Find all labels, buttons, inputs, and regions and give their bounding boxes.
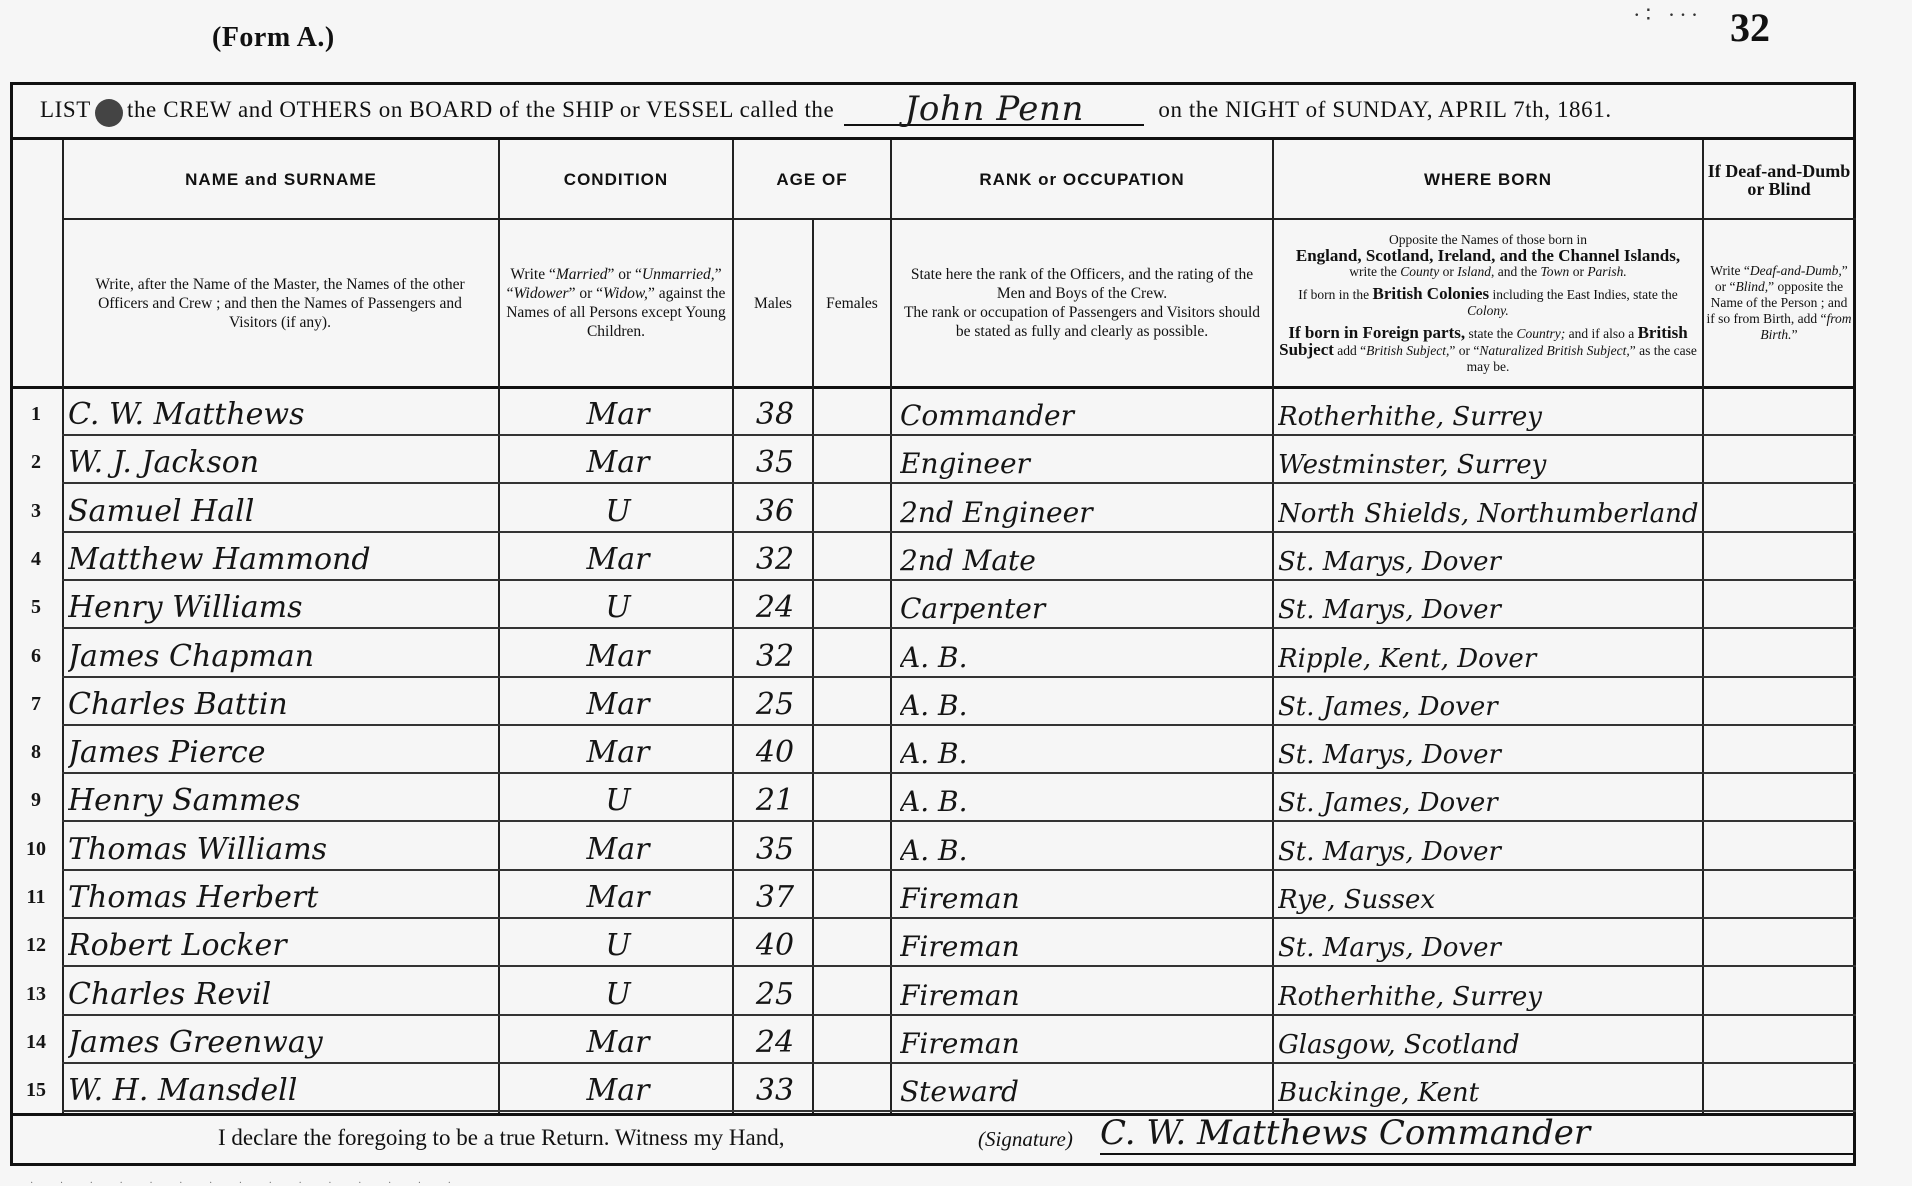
crew-name: Matthew Hammond — [68, 533, 498, 581]
table-row: 15 W. H. Mansdell Mar 33 Steward Bucking… — [10, 1064, 1856, 1112]
deaf-blind-value — [1708, 630, 1854, 678]
rank-occupation: Fireman — [900, 871, 1272, 919]
title-prefix: LIST — [40, 97, 91, 123]
rank-occupation: A. B. — [900, 774, 1272, 822]
row-number: 12 — [10, 919, 62, 967]
crew-name: James Pierce — [68, 726, 498, 774]
deaf-blind-value — [1708, 823, 1854, 871]
female-age — [816, 871, 890, 919]
row-number: 6 — [10, 630, 62, 678]
heading-where-born: WHERE BORN — [1274, 142, 1702, 218]
table-bottom-rule — [10, 1113, 1856, 1116]
table-row: 3 Samuel Hall U 36 2nd Engineer North Sh… — [10, 485, 1856, 533]
signature: C. W. Matthews Commander — [1100, 1113, 1856, 1155]
page-marks: ∙∶ ∙∙∙ — [1634, 6, 1703, 24]
crew-name: James Chapman — [68, 630, 498, 678]
table-row: 10 Thomas Williams Mar 35 A. B. St. Mary… — [10, 823, 1856, 871]
female-age — [816, 630, 890, 678]
condition-value: U — [504, 581, 732, 629]
where-born: St. Marys, Dover — [1278, 919, 1702, 967]
deaf-blind-value — [1708, 581, 1854, 629]
deaf-blind-value — [1708, 726, 1854, 774]
crew-name: James Greenway — [68, 1016, 498, 1064]
heading-age: AGE OF — [734, 142, 890, 218]
condition-value: Mar — [504, 533, 732, 581]
rank-occupation: A. B. — [900, 678, 1272, 726]
condition-value: U — [504, 485, 732, 533]
deaf-blind-value — [1708, 436, 1854, 484]
deaf-blind-value — [1708, 919, 1854, 967]
where-born: Ripple, Kent, Dover — [1278, 630, 1702, 678]
rank-occupation: Steward — [900, 1064, 1272, 1112]
male-age: 38 — [738, 388, 812, 436]
subheading-males: Males — [734, 220, 812, 386]
male-age: 33 — [738, 1064, 812, 1112]
female-age — [816, 485, 890, 533]
condition-value: Mar — [504, 871, 732, 919]
deaf-blind-value — [1708, 485, 1854, 533]
instruction-name: Write, after the Name of the Master, the… — [80, 220, 480, 386]
rank-occupation: A. B. — [900, 726, 1272, 774]
female-age — [816, 774, 890, 822]
table-row: 5 Henry Williams U 24 Carpenter St. Mary… — [10, 581, 1856, 629]
instruction-where-born: Opposite the Names of those born in Engl… — [1278, 222, 1698, 384]
row-number: 13 — [10, 968, 62, 1016]
where-born: Rotherhithe, Surrey — [1278, 968, 1702, 1016]
form-label: (Form A.) — [212, 22, 335, 54]
where-born: St. Marys, Dover — [1278, 581, 1702, 629]
row-number: 10 — [10, 823, 62, 871]
deaf-blind-value — [1708, 774, 1854, 822]
declaration-text: I declare the foregoing to be a true Ret… — [218, 1125, 784, 1151]
table-row: 14 James Greenway Mar 24 Fireman Glasgow… — [10, 1016, 1856, 1064]
where-born: Buckinge, Kent — [1278, 1064, 1702, 1112]
crew-name: C. W. Matthews — [68, 388, 498, 436]
row-number: 5 — [10, 581, 62, 629]
table-row: 8 James Pierce Mar 40 A. B. St. Marys, D… — [10, 726, 1856, 774]
table-row: 6 James Chapman Mar 32 A. B. Ripple, Ken… — [10, 630, 1856, 678]
table-row: 12 Robert Locker U 40 Fireman St. Marys,… — [10, 919, 1856, 967]
condition-value: Mar — [504, 388, 732, 436]
rank-occupation: Fireman — [900, 1016, 1272, 1064]
row-rule — [62, 1110, 1856, 1112]
female-age — [816, 1064, 890, 1112]
condition-value: Mar — [504, 823, 732, 871]
row-number: 3 — [10, 485, 62, 533]
where-born: North Shields, Northumberland — [1278, 485, 1702, 533]
table-row: 4 Matthew Hammond Mar 32 2nd Mate St. Ma… — [10, 533, 1856, 581]
rank-occupation: Engineer — [900, 436, 1272, 484]
deaf-blind-value — [1708, 1016, 1854, 1064]
male-age: 35 — [738, 823, 812, 871]
male-age: 32 — [738, 533, 812, 581]
condition-value: U — [504, 774, 732, 822]
where-born: Rye, Sussex — [1278, 871, 1702, 919]
table-row: 7 Charles Battin Mar 25 A. B. St. James,… — [10, 678, 1856, 726]
condition-value: Mar — [504, 1064, 732, 1112]
male-age: 24 — [738, 1016, 812, 1064]
row-number: 15 — [10, 1064, 62, 1112]
where-born: St. Marys, Dover — [1278, 726, 1702, 774]
female-age — [816, 1016, 890, 1064]
table-row: 13 Charles Revil U 25 Fireman Rotherhith… — [10, 968, 1856, 1016]
row-number: 11 — [10, 871, 62, 919]
rank-occupation: Carpenter — [900, 581, 1272, 629]
instruction-condition: Write “Married” or “Unmarried,” “Widower… — [506, 220, 726, 386]
list-title: LIST the CREW and OTHERS on BOARD of the… — [10, 82, 1856, 140]
punch-hole-icon — [95, 99, 123, 127]
male-age: 21 — [738, 774, 812, 822]
heading-name: NAME and SURNAME — [64, 142, 498, 218]
page-number: 32 — [1730, 4, 1770, 51]
female-age — [816, 436, 890, 484]
crew-name: Thomas Herbert — [68, 871, 498, 919]
crew-name: Samuel Hall — [68, 485, 498, 533]
male-age: 25 — [738, 968, 812, 1016]
male-age: 25 — [738, 678, 812, 726]
male-age: 35 — [738, 436, 812, 484]
crew-name: Charles Revil — [68, 968, 498, 1016]
deaf-blind-value — [1708, 388, 1854, 436]
deaf-blind-value — [1708, 533, 1854, 581]
rank-occupation: Commander — [900, 388, 1272, 436]
female-age — [816, 968, 890, 1016]
condition-value: Mar — [504, 1016, 732, 1064]
where-born: St. James, Dover — [1278, 774, 1702, 822]
deaf-blind-value — [1708, 871, 1854, 919]
crew-name: W. H. Mansdell — [68, 1064, 498, 1112]
condition-value: Mar — [504, 630, 732, 678]
male-age: 36 — [738, 485, 812, 533]
where-born: St. James, Dover — [1278, 678, 1702, 726]
male-age: 40 — [738, 919, 812, 967]
crew-name: Charles Battin — [68, 678, 498, 726]
where-born: Glasgow, Scotland — [1278, 1016, 1702, 1064]
where-born: Rotherhithe, Surrey — [1278, 388, 1702, 436]
crew-name: Henry Williams — [68, 581, 498, 629]
instruction-rank: State here the rank of the Officers, and… — [900, 220, 1264, 386]
female-age — [816, 919, 890, 967]
male-age: 32 — [738, 630, 812, 678]
rank-occupation: A. B. — [900, 630, 1272, 678]
row-number: 2 — [10, 436, 62, 484]
subheading-females: Females — [814, 220, 890, 386]
title-middle: the CREW and OTHERS on BOARD of the SHIP… — [127, 97, 834, 123]
crew-name: Henry Sammes — [68, 774, 498, 822]
row-number: 1 — [10, 388, 62, 436]
condition-value: Mar — [504, 678, 732, 726]
row-number: 7 — [10, 678, 62, 726]
table-row: 1 C. W. Matthews Mar 38 Commander Rother… — [10, 388, 1856, 436]
title-date: on the NIGHT of SUNDAY, APRIL 7th, 1861. — [1158, 97, 1611, 123]
scan-specks: · · · · · · · · · · · · · · · — [30, 1178, 463, 1186]
table-row: 2 W. J. Jackson Mar 35 Engineer Westmins… — [10, 436, 1856, 484]
crew-name: Thomas Williams — [68, 823, 498, 871]
condition-value: Mar — [504, 726, 732, 774]
female-age — [816, 388, 890, 436]
table-row: 9 Henry Sammes U 21 A. B. St. James, Dov… — [10, 774, 1856, 822]
male-age: 37 — [738, 871, 812, 919]
deaf-blind-value — [1708, 1064, 1854, 1112]
rank-occupation: 2nd Mate — [900, 533, 1272, 581]
heading-deaf-dumb-blind: If Deaf-and-Dumb or Blind — [1704, 142, 1854, 218]
rank-occupation: 2nd Engineer — [900, 485, 1272, 533]
vessel-name: John Penn — [844, 94, 1144, 126]
female-age — [816, 581, 890, 629]
where-born: St. Marys, Dover — [1278, 823, 1702, 871]
declaration: I declare the foregoing to be a true Ret… — [10, 1113, 1856, 1165]
where-born: St. Marys, Dover — [1278, 533, 1702, 581]
female-age — [816, 726, 890, 774]
male-age: 40 — [738, 726, 812, 774]
heading-rank: RANK or OCCUPATION — [892, 142, 1272, 218]
male-age: 24 — [738, 581, 812, 629]
deaf-blind-value — [1708, 678, 1854, 726]
where-born: Westminster, Surrey — [1278, 436, 1702, 484]
heading-condition: CONDITION — [500, 142, 732, 218]
deaf-blind-value — [1708, 968, 1854, 1016]
table-row: 11 Thomas Herbert Mar 37 Fireman Rye, Su… — [10, 871, 1856, 919]
rank-occupation: Fireman — [900, 968, 1272, 1016]
condition-value: U — [504, 968, 732, 1016]
row-number: 4 — [10, 533, 62, 581]
condition-value: U — [504, 919, 732, 967]
row-number: 8 — [10, 726, 62, 774]
row-number: 9 — [10, 774, 62, 822]
instruction-deaf-dumb-blind: Write “Deaf-and-Dumb,” or “Blind,” oppos… — [1706, 220, 1852, 386]
crew-name: Robert Locker — [68, 919, 498, 967]
crew-name: W. J. Jackson — [68, 436, 498, 484]
female-age — [816, 678, 890, 726]
signature-label: (Signature) — [978, 1127, 1073, 1152]
female-age — [816, 533, 890, 581]
condition-value: Mar — [504, 436, 732, 484]
rank-occupation: A. B. — [900, 823, 1272, 871]
female-age — [816, 823, 890, 871]
rank-occupation: Fireman — [900, 919, 1272, 967]
row-number: 14 — [10, 1016, 62, 1064]
